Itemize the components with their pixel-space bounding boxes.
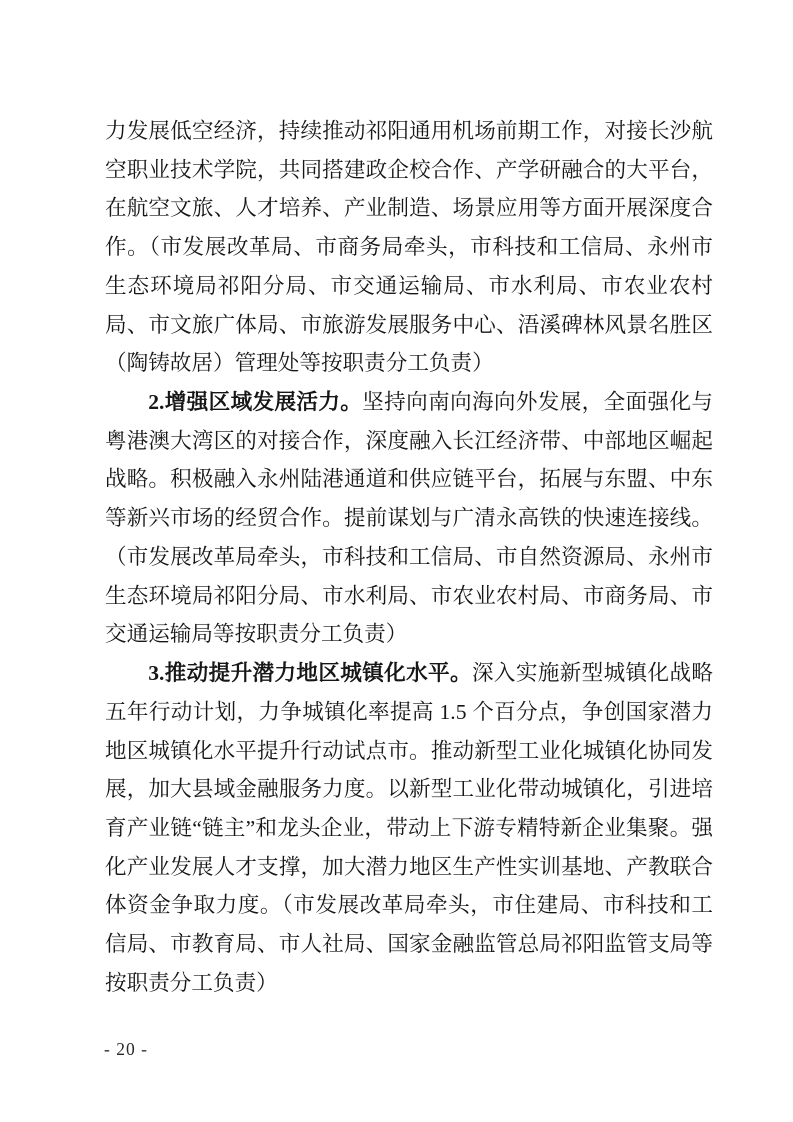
paragraph-item-3: 3.推动提升潜力地区城镇化水平。深入实施新型城镇化战略五年行动计划，力争城镇化率… <box>105 654 713 1002</box>
paragraph-continuation: 力发展低空经济，持续推动祁阳通用机场前期工作，对接长沙航空职业技术学院，共同搭建… <box>105 112 713 383</box>
paragraph-1-text: 力发展低空经济，持续推动祁阳通用机场前期工作，对接长沙航空职业技术学院，共同搭建… <box>105 119 713 375</box>
page-number: - 20 - <box>104 1039 148 1059</box>
paragraph-2-text: 坚持向南向海向外发展，全面强化与粤港澳大湾区的对接合作，深度融入长江经济带、中部… <box>105 390 713 646</box>
document-page: 力发展低空经济，持续推动祁阳通用机场前期工作，对接长沙航空职业技术学院，共同搭建… <box>0 0 793 1122</box>
paragraph-3-lead: 3.推动提升潜力地区城镇化水平。 <box>148 661 472 685</box>
paragraph-3-text: 深入实施新型城镇化战略五年行动计划，力争城镇化率提高 1.5 个百分点，争创国家… <box>105 661 713 995</box>
paragraph-item-2: 2.增强区域发展活力。坚持向南向海向外发展，全面强化与粤港澳大湾区的对接合作，深… <box>105 383 713 654</box>
document-body: 力发展低空经济，持续推动祁阳通用机场前期工作，对接长沙航空职业技术学院，共同搭建… <box>105 112 713 1003</box>
paragraph-2-lead: 2.增强区域发展活力。 <box>148 390 362 414</box>
